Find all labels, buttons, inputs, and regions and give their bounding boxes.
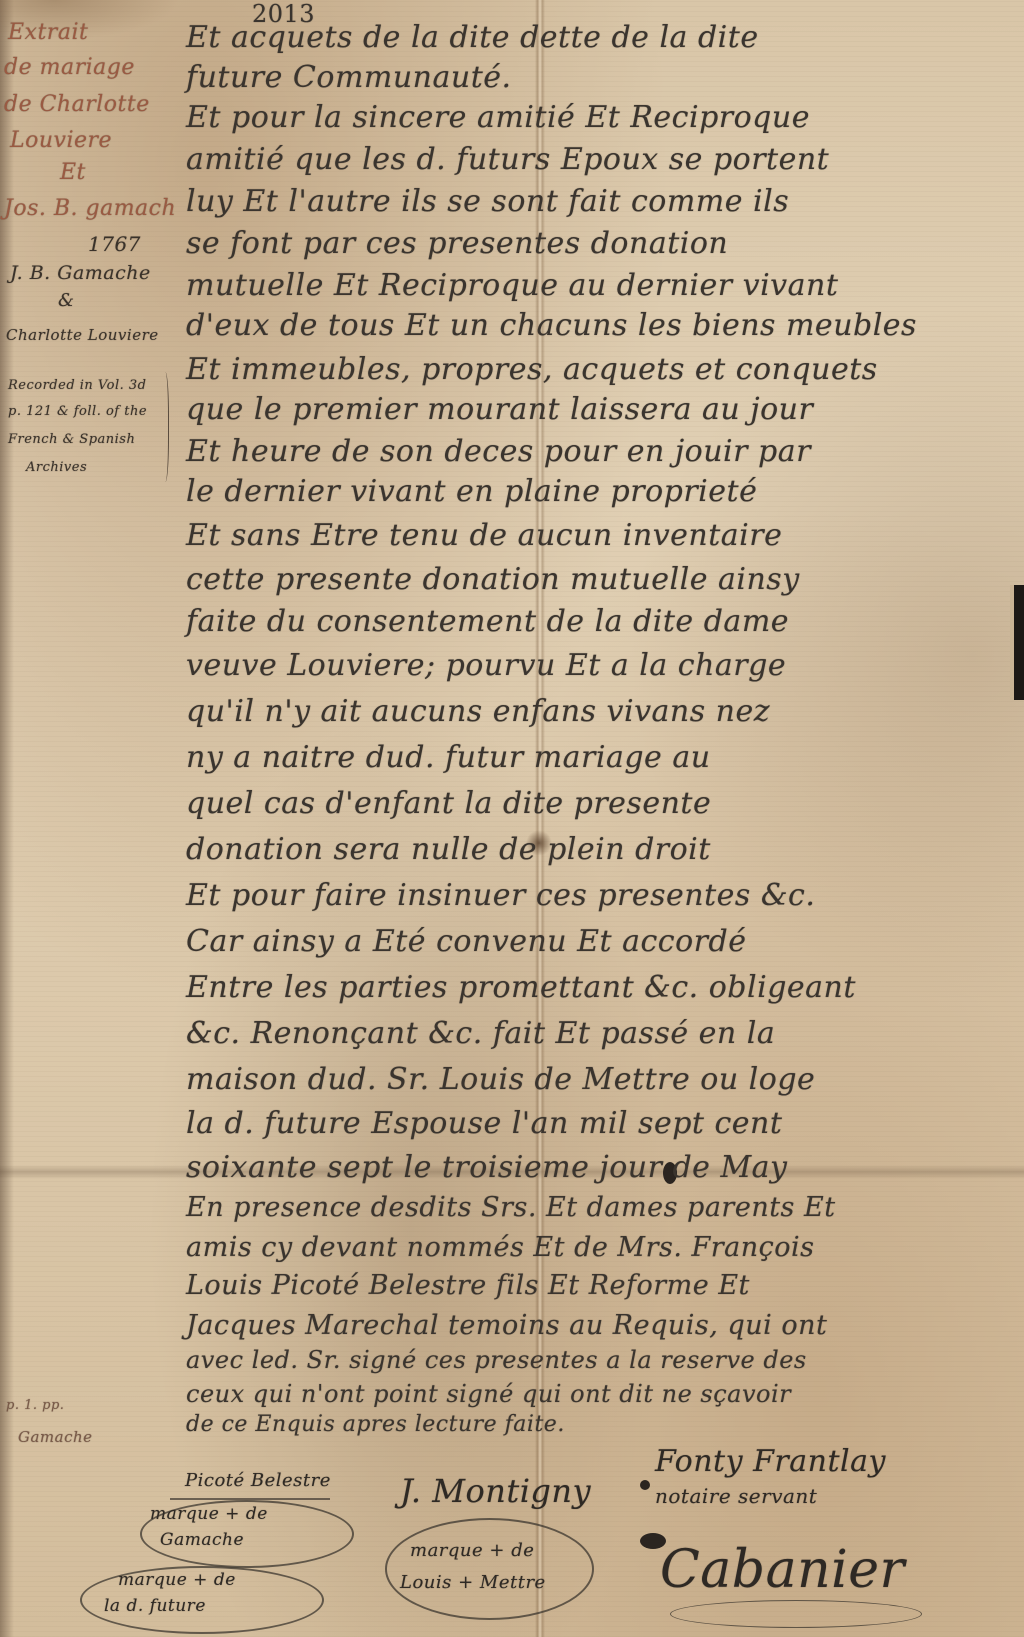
body-line: cette presente donation mutuelle ainsy (186, 562, 800, 597)
binding-tab (1010, 585, 1024, 700)
body-line: luy Et l'autre ils se sont fait comme il… (186, 184, 789, 219)
page-edge-shadow (0, 0, 14, 1637)
margin-brace (160, 372, 169, 482)
body-line: quel cas d'enfant la dite presente (186, 786, 711, 821)
body-line: future Communauté. (186, 60, 512, 95)
signature-fonty: Fonty Frantlay (655, 1444, 886, 1479)
body-line: Et heure de son deces pour en jouir par (186, 434, 811, 469)
document-page: 2013 Extrait de mariage de Charlotte Lou… (0, 0, 1024, 1637)
body-line: la d. future Espouse l'an mil sept cent (186, 1106, 782, 1141)
body-line: Et acquets de la dite dette de la dite (186, 20, 759, 55)
ink-blot (640, 1480, 650, 1490)
body-line: Et sans Etre tenu de aucun inventaire (186, 518, 782, 553)
body-line: Entre les parties promettant &c. obligea… (186, 970, 856, 1005)
margin-year: 1767 (88, 232, 141, 256)
mark-louis-line: Louis + Mettre (400, 1572, 546, 1593)
body-line: de ce Enquis apres lecture faite. (186, 1412, 565, 1437)
mark-gamache-line: marque + de (150, 1504, 268, 1524)
body-line: se font par ces presentes donation (186, 226, 728, 261)
body-line: ceux qui n'ont point signé qui ont dit n… (186, 1380, 791, 1408)
body-line: amis cy devant nommés Et de Mrs. Françoi… (186, 1232, 815, 1263)
mark-louis-line: marque + de (410, 1540, 534, 1561)
body-line: maison dud. Sr. Louis de Mettre ou loge (186, 1062, 815, 1097)
body-line: amitié que les d. futurs Epoux se porten… (186, 142, 829, 177)
signature-flourish (670, 1600, 922, 1628)
body-line: que le premier mourant laissera au jour (186, 392, 813, 427)
body-line: Louis Picoté Belestre fils Et Reforme Et (186, 1270, 750, 1301)
body-line: le dernier vivant en plaine proprieté (186, 474, 757, 509)
signature-cabanier: Cabanier (660, 1540, 905, 1600)
body-line: mutuelle Et Reciproque au dernier vivant (186, 268, 838, 303)
recorded-note-line: French & Spanish (8, 432, 135, 447)
body-line: veuve Louviere; pourvu Et a la charge (186, 648, 786, 683)
recorded-note-line: p. 121 & foll. of the (8, 404, 147, 419)
margin-party-bride: Charlotte Louviere (6, 326, 159, 344)
body-line: Et immeubles, propres, acquets et conque… (186, 352, 878, 387)
margin-title-line: Et (60, 160, 86, 185)
body-line: Et pour faire insinuer ces presentes &c. (186, 878, 815, 913)
signature-picote: Picoté Belestre (185, 1470, 331, 1491)
body-line: Car ainsy a Eté convenu Et accordé (186, 924, 746, 959)
mark-future-line: la d. future (104, 1596, 206, 1616)
margin-title-line: de Charlotte (4, 92, 150, 117)
body-line: soixante sept le troisieme jour de May (186, 1150, 788, 1185)
body-line: faite du consentement de la dite dame (186, 604, 789, 639)
signature-notary-title: notaire servant (655, 1484, 817, 1508)
recorded-note-line: Recorded in Vol. 3d (8, 378, 146, 393)
body-line: qu'il n'y ait aucuns enfans vivans nez (186, 694, 770, 729)
signature-oval (385, 1518, 594, 1620)
margin-title-line: Louviere (10, 128, 112, 153)
body-line: donation sera nulle de plein droit (186, 832, 711, 867)
body-line: &c. Renonçant &c. fait Et passé en la (186, 1016, 775, 1051)
margin-party-groom: J. B. Gamache (10, 262, 151, 284)
recorded-note-line: Archives (26, 460, 87, 475)
body-line: En presence desdits Srs. Et dames parent… (186, 1192, 836, 1223)
body-line: Jacques Marechal temoins au Requis, qui … (186, 1310, 827, 1341)
margin-title-line: Jos. B. gamach (4, 196, 176, 221)
margin-title-line: Extrait (8, 20, 88, 45)
mark-gamache-line: Gamache (160, 1530, 244, 1550)
lower-margin-note: p. 1. pp. (6, 1398, 64, 1413)
signature-montigny: J. Montigny (400, 1472, 591, 1510)
body-line: d'eux de tous Et un chacuns les biens me… (186, 308, 917, 343)
body-line: Et pour la sincere amitié Et Reciproque (186, 100, 810, 135)
lower-margin-note: Gamache (18, 1428, 93, 1446)
body-line: ny a naitre dud. futur mariage au (186, 740, 711, 775)
margin-title-line: de mariage (4, 55, 135, 80)
body-line: avec led. Sr. signé ces presentes a la r… (186, 1346, 807, 1374)
margin-ampersand: & (58, 290, 75, 311)
mark-future-line: marque + de (118, 1570, 236, 1590)
